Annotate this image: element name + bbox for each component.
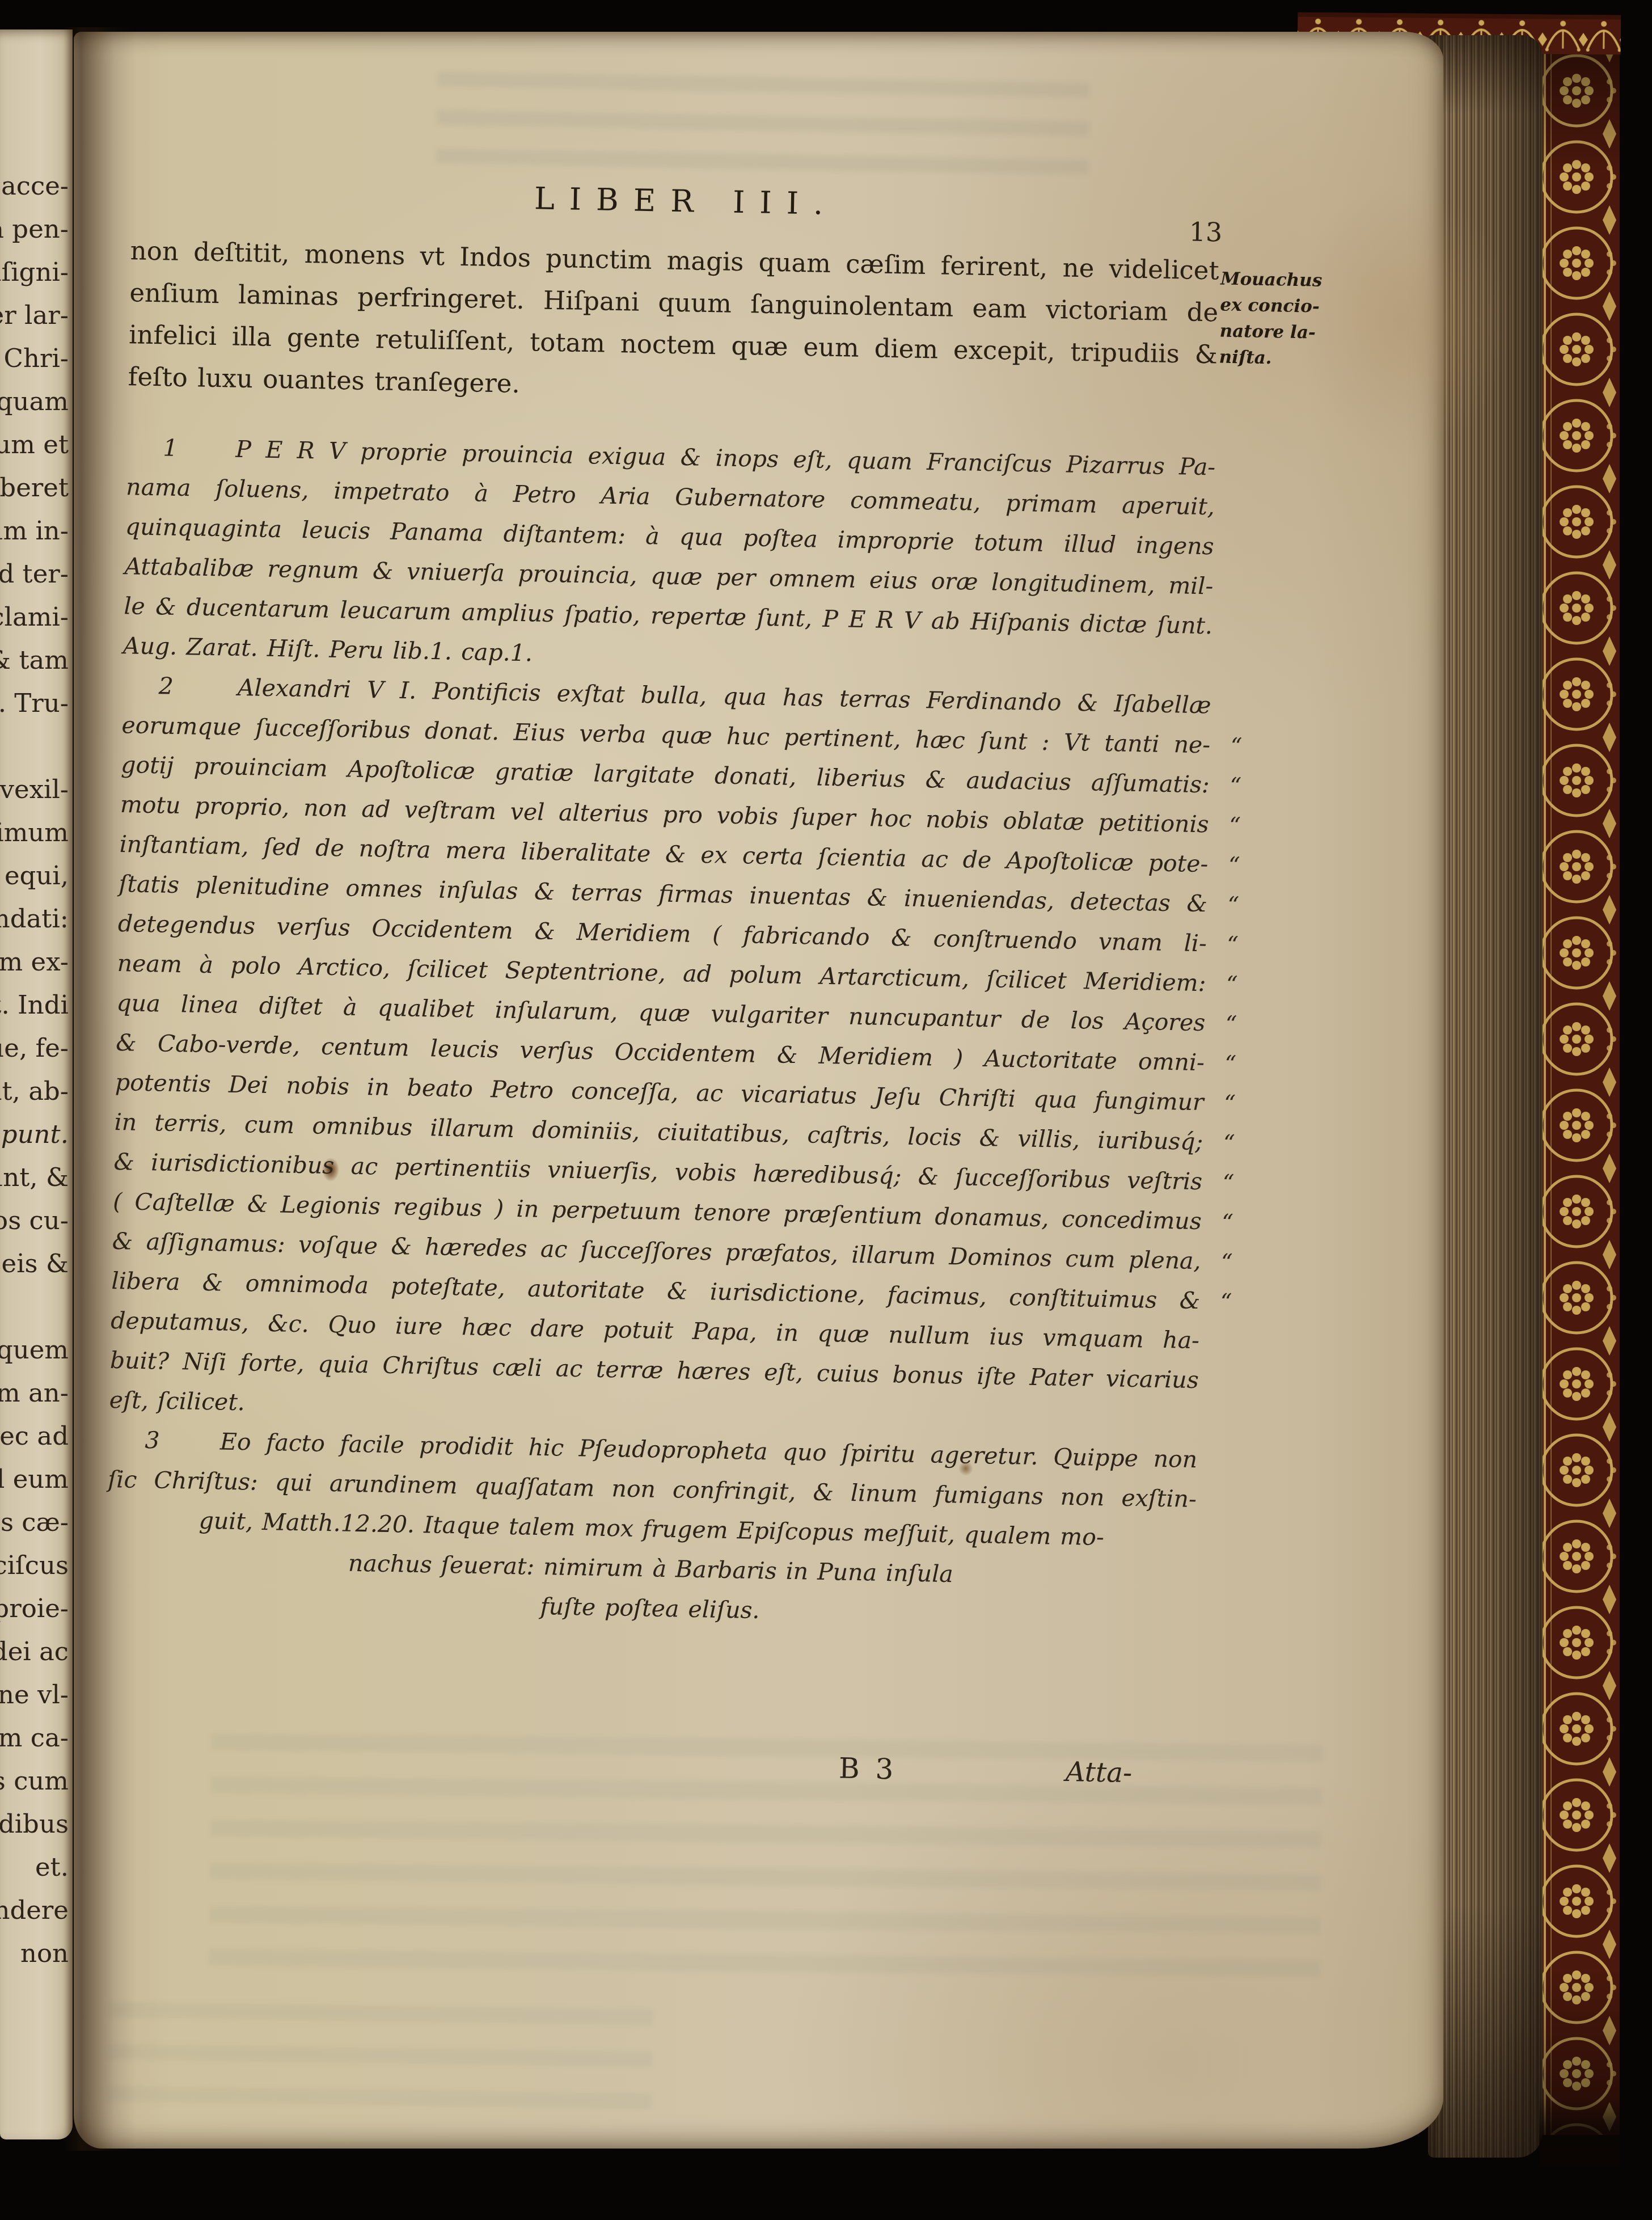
fragment-line: in Chri- [0, 337, 70, 380]
fragment-line: runt, & [0, 1156, 70, 1199]
fragment-line: gem ca- [0, 1716, 70, 1759]
quote-mark: “ [1224, 1044, 1237, 1084]
gathering-signature: B 3 [839, 1752, 897, 1786]
ink-showthrough [107, 2002, 653, 2128]
fragment-line: imquam [0, 380, 70, 423]
fragment-line: tum an- [0, 1371, 70, 1415]
fragment-line: irum ex- [0, 940, 70, 984]
quote-mark: “ [1229, 806, 1241, 846]
fragment-line: lios cu- [0, 1199, 70, 1242]
fore-edge-page-block [1428, 35, 1543, 2158]
quote-mark: “ [1225, 1005, 1237, 1044]
book-scan-photo: m acce- uta pen- inſigni- liter lar- in … [0, 0, 1652, 2220]
fragment-line: Deum et [0, 423, 70, 466]
fragment-line: uta pen- [0, 208, 70, 251]
fragment-line: rus cum [0, 1759, 70, 1803]
facing-page-text-fragments: m acce- uta pen- inſigni- liter lar- in … [0, 164, 70, 1975]
fragment-line: cædibus [0, 1803, 70, 1846]
page-number: 13 [1189, 216, 1223, 247]
quote-mark: “ [1230, 766, 1242, 806]
fragment-line: , quem [0, 1328, 70, 1371]
quote-mark: “ [1222, 1163, 1235, 1203]
fragment-line: ad eum [0, 1458, 70, 1501]
quote-mark: “ [1227, 925, 1239, 965]
quote-mark: “ [1228, 846, 1240, 885]
fragment-line: non [0, 1932, 70, 1975]
fragment-line [0, 1285, 70, 1328]
margin-note: Mouachus ex concio- natore la- niſta. [1219, 266, 1391, 373]
fragment-line: nceis & [0, 1242, 70, 1285]
fragment-line: m acce- [0, 164, 70, 208]
fragment-line: cumdati: [0, 897, 70, 940]
printed-text-block: LIBER III. 13 Mouachus ex concio- natore… [98, 150, 1219, 1985]
fragment-line: tendere [0, 1889, 70, 1932]
fragment-line: primum [0, 811, 70, 854]
fragment-line: nt. Indi [0, 984, 70, 1027]
quote-mark: “ [1220, 1282, 1232, 1322]
fragment-line: unt equi, [0, 854, 70, 897]
fragment-line: inſigni- [0, 251, 70, 294]
fragment-line: m proie- [0, 1587, 70, 1630]
book-page: LIBER III. 13 Mouachus ex concio- natore… [74, 32, 1443, 2149]
catchword: Atta- [1065, 1756, 1132, 1789]
leather-bottom-fade [1539, 2099, 1620, 2167]
fragment-line: i fidei ac [0, 1630, 70, 1673]
quote-mark: “ [1226, 965, 1238, 1005]
fragment-line: rant, ab- [0, 1070, 70, 1113]
quote-mark: “ [1222, 1203, 1234, 1243]
fragment-line: mpunt. [0, 1113, 70, 1156]
fragment-line: , ſine vl- [0, 1673, 70, 1716]
margin-note-line: natore la- [1219, 318, 1390, 347]
fragment-line: ox ad ter- [0, 552, 70, 596]
gilt-leather-border-vertical [1539, 48, 1620, 2135]
fragment-line: et. [0, 1846, 70, 1889]
margin-note-line: Mouachus [1220, 266, 1391, 295]
fragment-line: nt. Tru- [0, 682, 70, 725]
fragment-line: n haberet [0, 466, 70, 509]
quote-mark: “ [1230, 727, 1243, 766]
quote-mark: “ [1223, 1124, 1235, 1163]
signature-row: B 3 Atta- [101, 1738, 1190, 1804]
facing-page-sliver: m acce- uta pen- inſigni- liter lar- in … [0, 29, 73, 2139]
body-text: non deſtitit, monens vt Indos punctim ma… [105, 230, 1220, 1638]
quote-mark: “ [1227, 885, 1240, 925]
fragment-line: liter lar- [0, 294, 70, 337]
fragment-line: arios cæ- [0, 1501, 70, 1544]
fragment-line: oque, fe- [0, 1027, 70, 1070]
fragment-line [0, 725, 70, 768]
fragment-line: at clami- [0, 596, 70, 639]
margin-note-line: ex concio- [1220, 292, 1391, 321]
fragment-line: e, & tam [0, 639, 70, 682]
fragment-line: ptum in- [0, 509, 70, 552]
quote-mark: “ [1220, 1243, 1233, 1282]
fragment-line: onec ad [0, 1415, 70, 1458]
fragment-line: tis vexil- [0, 768, 70, 811]
quote-mark: “ [1224, 1084, 1236, 1124]
margin-note-line: niſta. [1219, 344, 1389, 373]
fragment-line: anciſcus [0, 1544, 70, 1587]
running-header: LIBER III. [345, 177, 1026, 225]
